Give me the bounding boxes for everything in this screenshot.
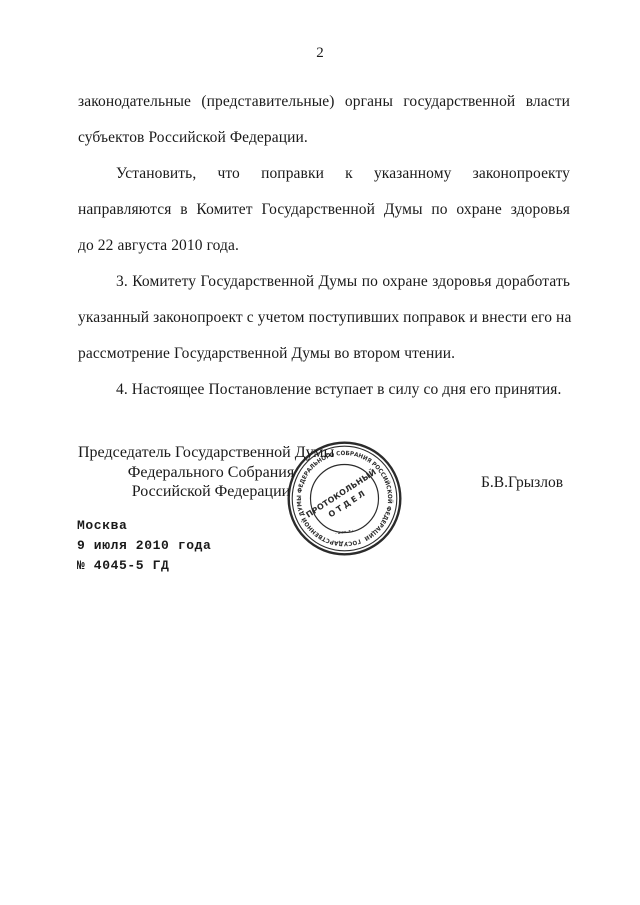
svg-text:ГОСУДАРСТВЕННОЙ ДУМЫ ФЕДЕРАЛЬН: ГОСУДАРСТВЕННОЙ ДУМЫ ФЕДЕРАЛЬНОГО СОБРАН… [286,440,403,557]
text-line: до 22 августа 2010 года. [78,228,570,264]
text-line: 3. Комитету Государственной Думы по охра… [78,264,570,300]
footer-date: 9 июля 2010 года [77,536,211,556]
text-line: законодательные (представительные) орган… [78,84,570,120]
signer-name: Б.В.Грызлов [481,474,563,492]
text-line: 4. Настоящее Постановление вступает в си… [78,372,570,408]
text-line: рассмотрение Государственной Думы во вто… [78,336,570,372]
footer-city: Москва [77,516,211,536]
paragraph-3: 3. Комитету Государственной Думы по охра… [78,264,570,372]
stamp-outer-ring [289,443,401,555]
stamp-ring-text: ГОСУДАРСТВЕННОЙ ДУМЫ ФЕДЕРАЛЬНОГО СОБРАН… [286,440,403,557]
paragraph-4: 4. Настоящее Постановление вступает в си… [78,372,570,408]
document-body: законодательные (представительные) орган… [78,84,570,408]
stamp-middle-ring [292,446,397,551]
footer-doc-number: № 4045-5 ГД [77,556,211,576]
page-number: 2 [0,45,640,62]
paragraph-2: Установить, что поправки к указанному за… [78,156,570,264]
document-page: 2 законодательные (представительные) орг… [0,0,640,905]
stamp-bottom-marks: · а.вз.,т · [335,528,354,535]
document-footer: Москва 9 июля 2010 года № 4045-5 ГД [77,516,211,576]
protocol-department-stamp-icon: ГОСУДАРСТВЕННОЙ ДУМЫ ФЕДЕРАЛЬНОГО СОБРАН… [286,440,403,557]
text-line: направляются в Комитет Государственной Д… [78,192,570,228]
text-line: субъектов Российской Федерации. [78,120,570,156]
paragraph-1: законодательные (представительные) орган… [78,84,570,156]
text-line: Установить, что поправки к указанному за… [78,156,570,192]
text-line: указанный законопроект с учетом поступив… [78,300,570,336]
